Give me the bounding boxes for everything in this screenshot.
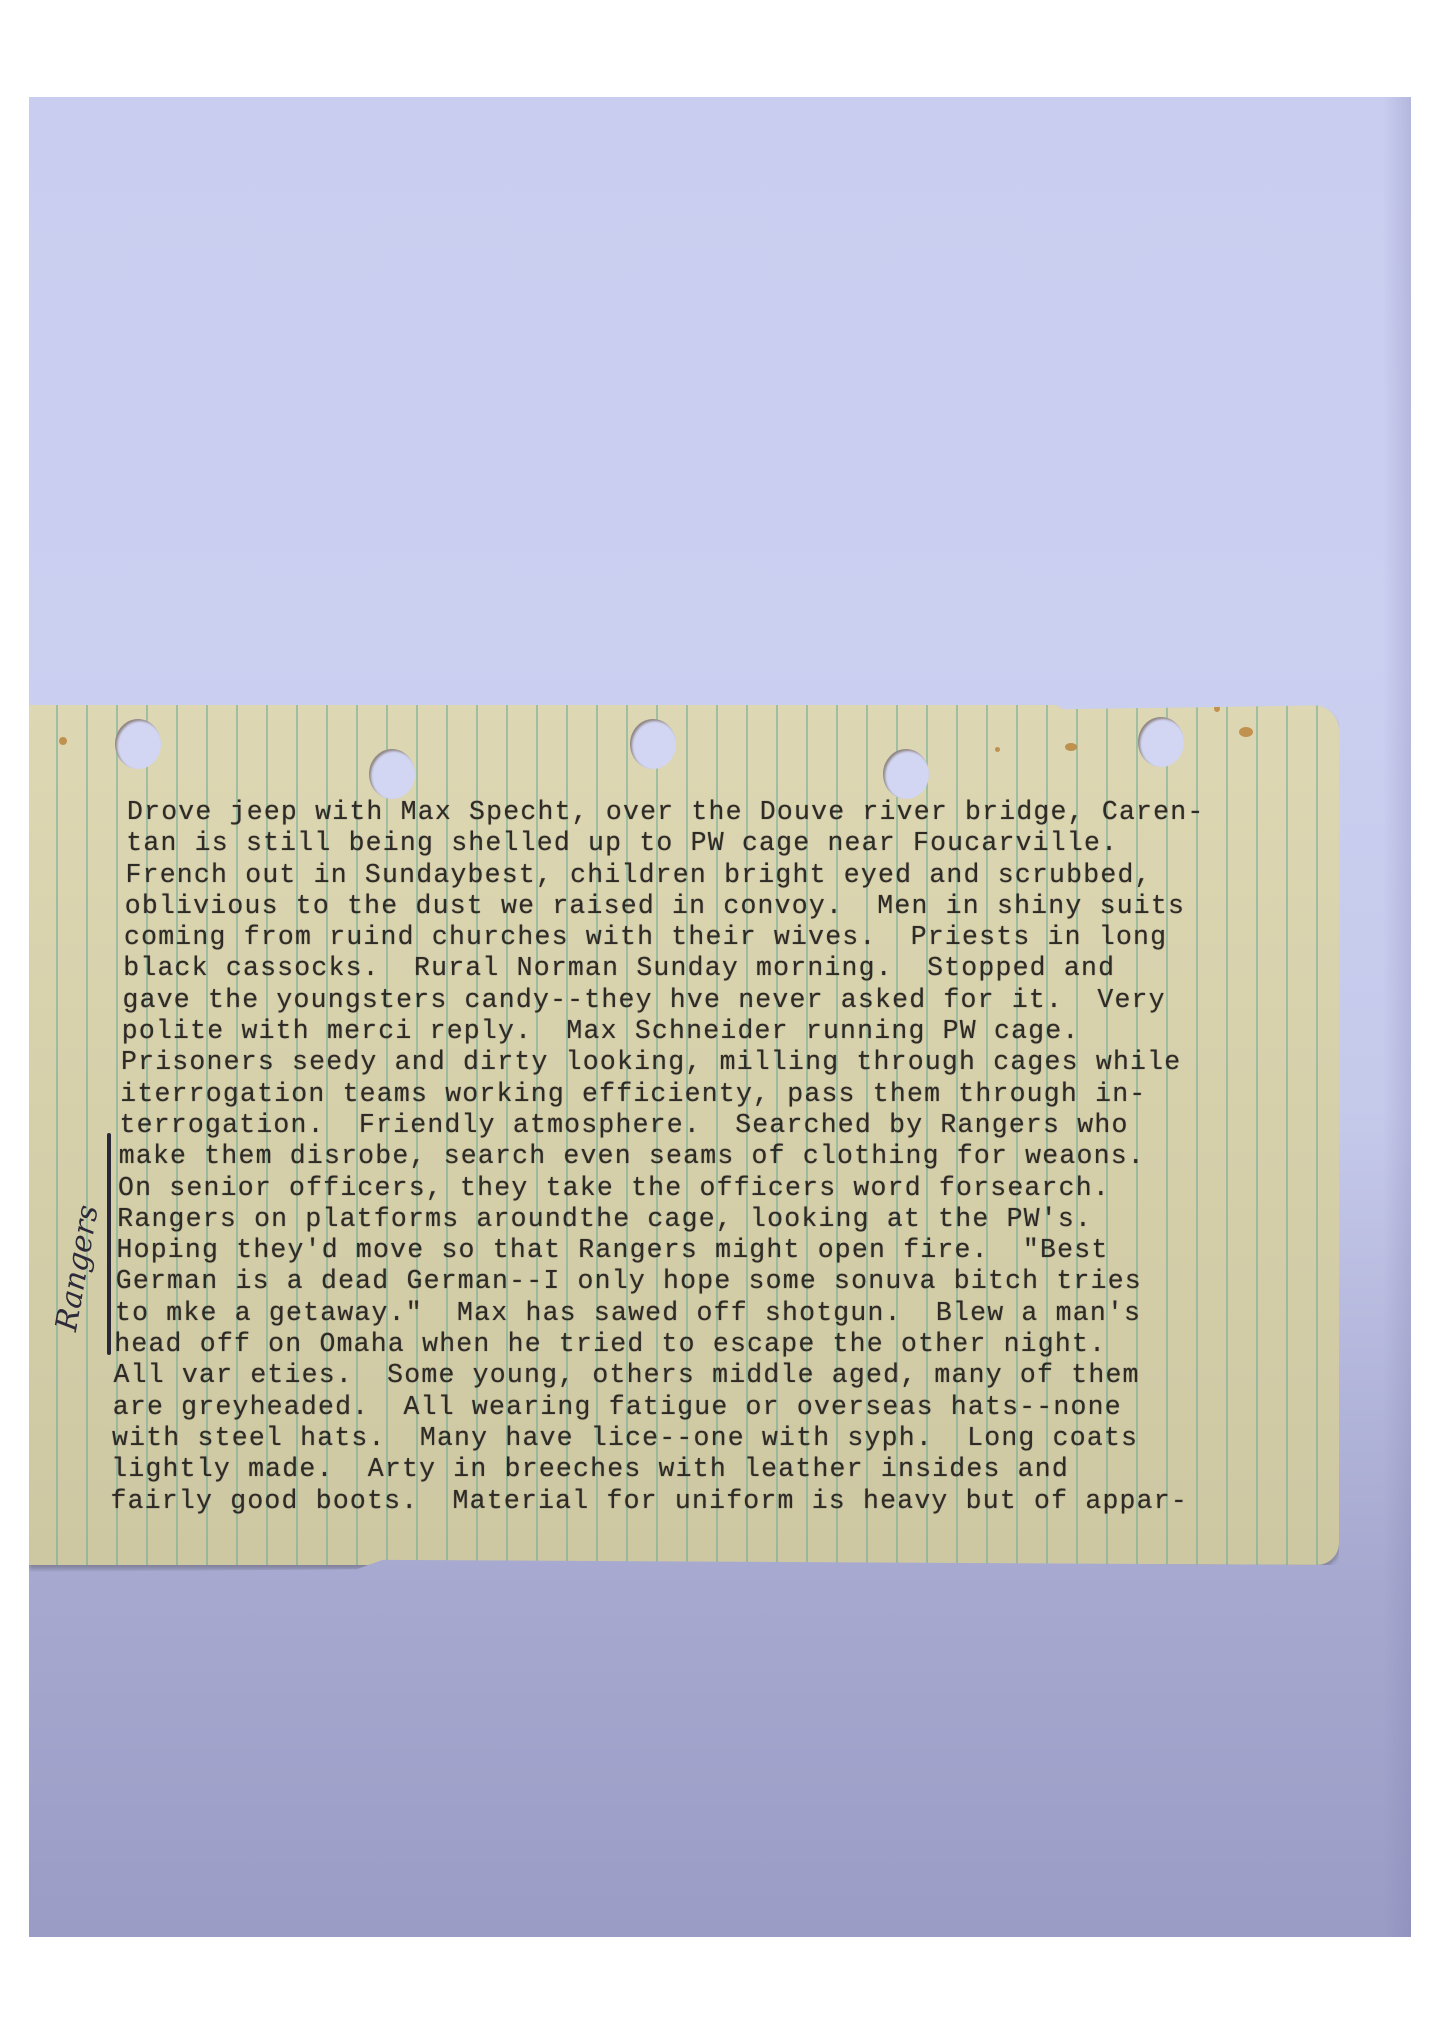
typed-line: head off on Omaha when he tried to escap… [114, 1329, 1327, 1360]
typed-line: lightly made. Arty in breeches with leat… [111, 1454, 1327, 1485]
typed-line: German is a dead German--I only hope som… [116, 1266, 1327, 1297]
typed-line: tan is still being shelled up to PW cage… [126, 828, 1327, 859]
typed-line: French out in Sundaybest, children brigh… [126, 860, 1328, 891]
punch-hole [1138, 717, 1184, 767]
typed-line: to mke a getaway." Max has sawed off sho… [115, 1298, 1327, 1329]
rust-stain [1065, 743, 1077, 751]
typed-line: coming from ruind churches with their wi… [124, 922, 1327, 953]
typed-line: Hoping they'd move so that Rangers might… [117, 1235, 1328, 1266]
typed-line: make them disrobe, search even seams of … [119, 1141, 1327, 1172]
typed-line: Prisoners seedy and dirty looking, milli… [121, 1047, 1327, 1078]
index-card: Rangers Drove jeep with Max Specht, over… [29, 705, 1339, 1565]
show-through-text [149, 517, 1049, 737]
typed-line: Drove jeep with Max Specht, over the Dou… [127, 797, 1327, 828]
typed-line: black cassocks. Rural Norman Sunday morn… [123, 953, 1327, 984]
rust-stain [1239, 727, 1253, 737]
typed-line: terrogation. Friendly atmosphere. Search… [120, 1110, 1328, 1141]
punch-hole [369, 749, 415, 799]
typed-line: iterrogation teams working efficienty, p… [120, 1079, 1327, 1110]
typed-line: are greyheaded. All wearing fatigue or o… [113, 1392, 1327, 1423]
rust-stain [1214, 705, 1220, 712]
typed-line: with steel hats. Many have lice--one wit… [112, 1423, 1327, 1454]
rust-stain [995, 747, 1000, 752]
punch-hole [115, 719, 161, 769]
punch-hole [883, 749, 929, 799]
typed-line: gave the youngsters candy--they hve neve… [123, 985, 1328, 1016]
punch-hole [630, 719, 676, 769]
typed-line: fairly good boots. Material for uniform … [111, 1486, 1328, 1517]
typed-line: On senior officers, they take the office… [118, 1173, 1327, 1204]
typed-line: oblivious to the dust we raised in convo… [125, 891, 1327, 922]
document-photo: Rangers Drove jeep with Max Specht, over… [29, 97, 1411, 1937]
typed-line: polite with merci reply. Max Schneider r… [122, 1016, 1327, 1047]
typed-body-text: Drove jeep with Max Specht, over the Dou… [127, 797, 1327, 1517]
typed-line: All var eties. Some young, others middle… [114, 1360, 1328, 1391]
rust-stain [59, 737, 67, 745]
typed-line: Rangers on platforms aroundthe cage, loo… [117, 1204, 1327, 1235]
